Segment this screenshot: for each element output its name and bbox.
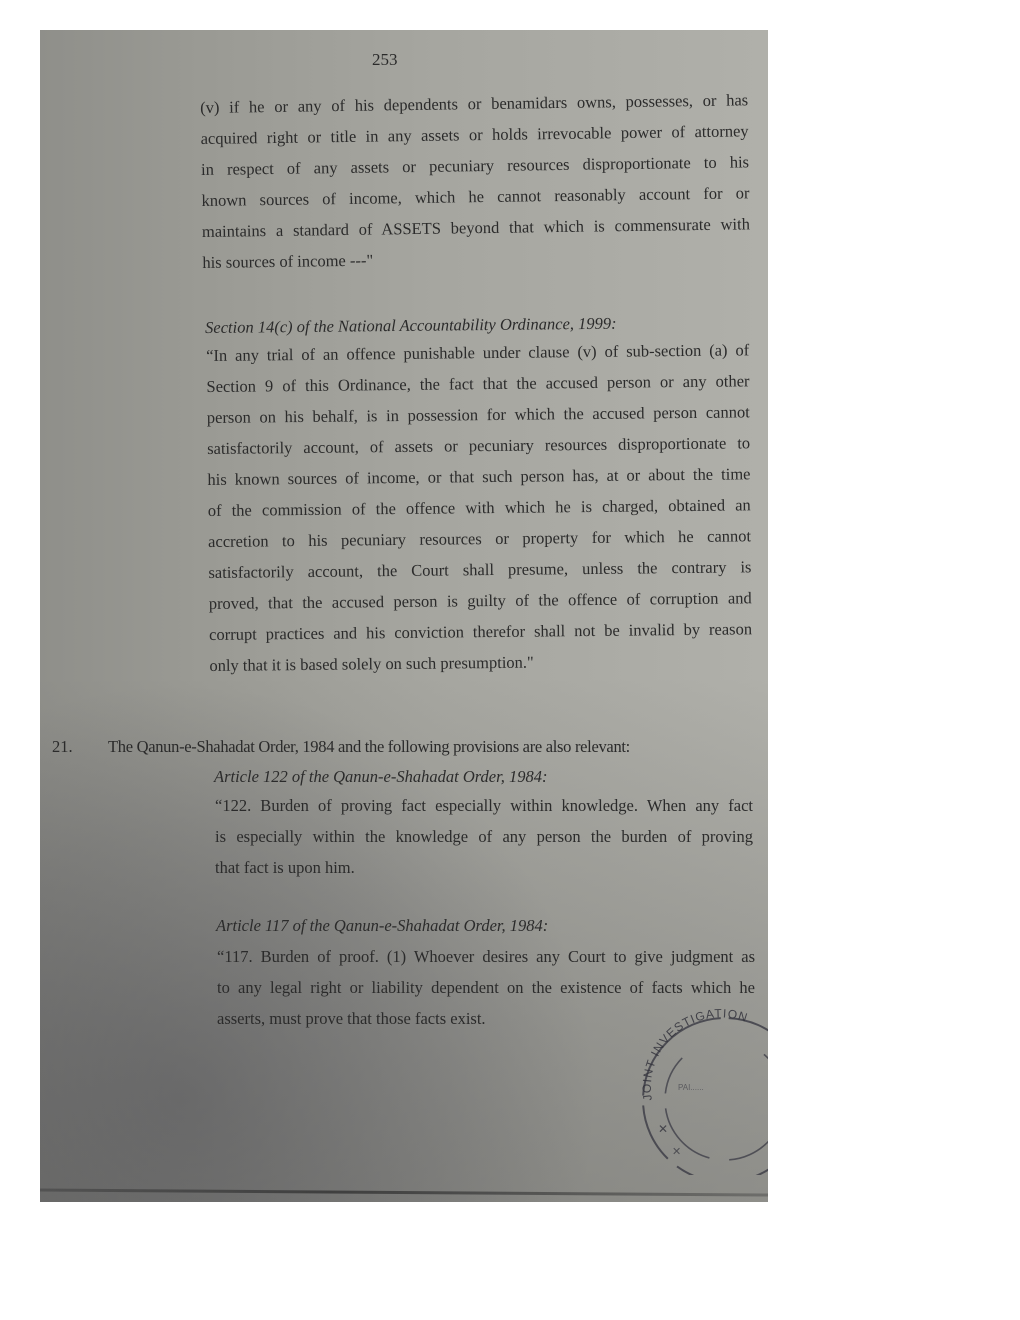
article-122-line: “122. Burden of proving fact especially … [215, 790, 753, 821]
section-14c-text: “In any trial of an offence punishable u… [206, 334, 753, 681]
clause-v: (v) if he or any of his dependents or be… [200, 84, 751, 278]
stamp-inner-text: PAI...... [678, 1083, 704, 1092]
article-117-line: to any legal right or liability dependen… [217, 972, 755, 1003]
svg-text:✕: ✕ [672, 1146, 681, 1158]
article-117-line: “117. Burden of proof. (1) Whoever desir… [217, 941, 755, 972]
section-14c-heading: Section 14(c) of the National Accountabi… [205, 314, 617, 338]
joint-investigation-stamp-icon: JOINT INVESTIGATION PAI...... ✕ ✕ [630, 1005, 768, 1175]
article-122-text: “122. Burden of proving fact especially … [215, 790, 753, 883]
page-number: 253 [372, 50, 398, 70]
article-122-line: is especially within the knowledge of an… [215, 821, 753, 852]
paragraph-21-intro: The Qanun-e-Shahadat Order, 1984 and the… [108, 737, 630, 757]
page-bottom-edge [40, 1188, 768, 1196]
section-14c-line: corrupt practices and his conviction the… [209, 613, 752, 650]
clause-v-line: his sources of income ---" [202, 239, 750, 278]
section-14c-line: only that it is based solely on such pre… [209, 644, 752, 681]
article-117-heading: Article 117 of the Qanun-e-Shahadat Orde… [216, 916, 548, 936]
article-122-line: that fact is upon him. [215, 852, 753, 883]
article-122-heading: Article 122 of the Qanun-e-Shahadat Orde… [214, 767, 547, 787]
document-photo: 253 (v) if he or any of his dependents o… [40, 30, 768, 1202]
svg-text:✕: ✕ [658, 1122, 668, 1136]
paragraph-number: 21. [52, 737, 73, 757]
